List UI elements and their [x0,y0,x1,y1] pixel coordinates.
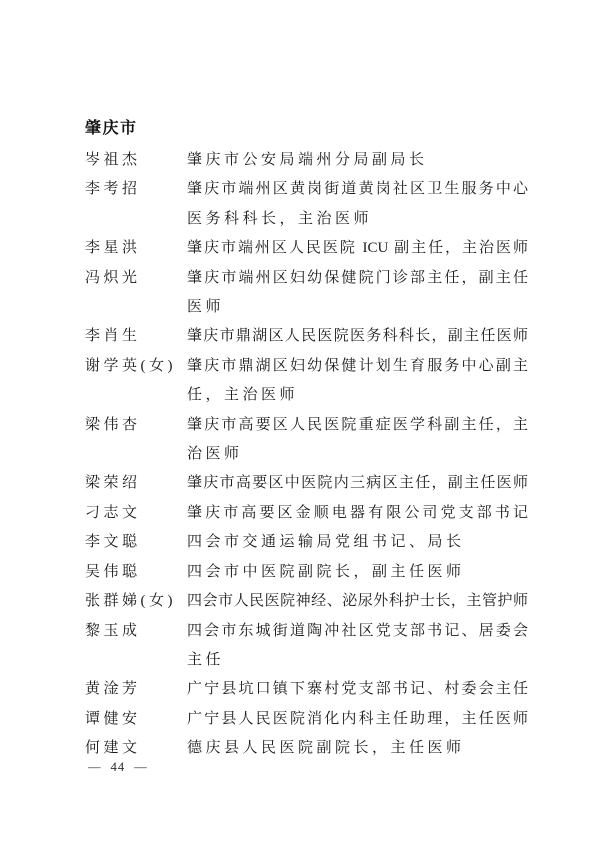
person-title: 肇庆市鼎湖区妇幼保健计划生育服务中心副主任，主治医师 [187,352,528,411]
list-item: 冯炽光 肇庆市端州区妇幼保健院门诊部主任，副主任医师 [85,264,528,323]
title-line: 四会市交通运输局党组书记、局长 [187,528,528,557]
list-item: 李肖生 肇庆市鼎湖区人民医院医务科科长，副主任医师 [85,322,528,351]
list-item: 谭健安 广宁县人民医院消化内科主任助理，主任医师 [85,705,528,734]
person-title: 四会市人民医院神经、泌尿外科护士长，主管护师 [187,587,528,616]
person-title: 四会市东城街道陶冲社区党支部书记、居委会主任 [187,617,528,676]
list-item: 何建文 德庆县人民医院副院长，主任医师 [85,734,528,763]
person-title: 四会市交通运输局党组书记、局长 [187,528,528,557]
person-title: 广宁县坑口镇下寨村党支部书记、村委会主任 [187,675,528,704]
title-line: 肇庆市高要区中医院内三病区主任，副主任医师 [187,469,528,498]
person-title: 肇庆市端州区妇幼保健院门诊部主任，副主任医师 [187,264,528,323]
list-item: 李考招 肇庆市端州区黄岗街道黄岗社区卫生服务中心医务科科长，主治医师 [85,175,528,234]
title-line: 肇庆市鼎湖区妇幼保健计划生育服务中心副主 [187,352,528,381]
person-name: 冯炽光 [85,264,187,293]
list-item: 岑祖杰 肇庆市公安局端州分局副局长 [85,146,528,175]
title-line: 四会市中医院副院长，副主任医师 [187,558,528,587]
title-line: 肇庆市鼎湖区人民医院医务科科长，副主任医师 [187,322,528,351]
person-title: 肇庆市高要区人民医院重症医学科副主任，主治医师 [187,411,528,470]
person-title: 肇庆市端州区黄岗街道黄岗社区卫生服务中心医务科科长，主治医师 [187,175,528,234]
title-line: 肇庆市端州区黄岗街道黄岗社区卫生服务中心 [187,175,528,204]
title-line: 四会市人民医院神经、泌尿外科护士长，主管护师 [187,587,528,616]
person-title: 四会市中医院副院长，副主任医师 [187,558,528,587]
title-line: 医师 [187,293,528,322]
person-name: 刁志文 [85,499,187,528]
entry-list: 岑祖杰 肇庆市公安局端州分局副局长 李考招 肇庆市端州区黄岗街道黄岗社区卫生服务… [85,146,528,764]
title-line: 任，主治医师 [187,381,528,410]
person-title: 肇庆市高要区中医院内三病区主任，副主任医师 [187,469,528,498]
person-name: 李肖生 [85,322,187,351]
title-line: 医务科科长，主治医师 [187,205,528,234]
list-item: 李星洪 肇庆市端州区人民医院 ICU 副主任，主治医师 [85,234,528,263]
person-name: 岑祖杰 [85,146,187,175]
title-line: 广宁县人民医院消化内科主任助理，主任医师 [187,705,528,734]
person-title: 肇庆市公安局端州分局副局长 [187,146,528,175]
list-item: 张群娣(女) 四会市人民医院神经、泌尿外科护士长，主管护师 [85,587,528,616]
person-name: 吴伟聪 [85,558,187,587]
title-line: 肇庆市公安局端州分局副局长 [187,146,528,175]
section-title: 肇庆市 [85,115,138,138]
title-line: 广宁县坑口镇下寨村党支部书记、村委会主任 [187,675,528,704]
person-title: 肇庆市端州区人民医院 ICU 副主任，主治医师 [187,234,528,263]
list-item: 吴伟聪 四会市中医院副院长，副主任医师 [85,558,528,587]
title-line: 德庆县人民医院副院长，主任医师 [187,734,528,763]
person-title: 德庆县人民医院副院长，主任医师 [187,734,528,763]
title-line: 肇庆市高要区金顺电器有限公司党支部书记 [187,499,528,528]
person-name: 黎玉成 [85,617,187,646]
page-number: — 44 — [88,760,148,775]
list-item: 谢学英(女) 肇庆市鼎湖区妇幼保健计划生育服务中心副主任，主治医师 [85,352,528,411]
title-line: 肇庆市端州区人民医院 ICU 副主任，主治医师 [187,234,528,263]
list-item: 黎玉成 四会市东城街道陶冲社区党支部书记、居委会主任 [85,617,528,676]
person-name: 谭健安 [85,705,187,734]
person-title: 肇庆市高要区金顺电器有限公司党支部书记 [187,499,528,528]
person-name: 张群娣(女) [85,587,187,616]
person-name: 黄淦芳 [85,675,187,704]
person-title: 广宁县人民医院消化内科主任助理，主任医师 [187,705,528,734]
list-item: 刁志文 肇庆市高要区金顺电器有限公司党支部书记 [85,499,528,528]
title-line: 肇庆市高要区人民医院重症医学科副主任，主 [187,411,528,440]
title-line: 主任 [187,646,528,675]
list-item: 李文聪 四会市交通运输局党组书记、局长 [85,528,528,557]
title-line: 四会市东城街道陶冲社区党支部书记、居委会 [187,617,528,646]
person-name: 谢学英(女) [85,352,187,381]
document-page: 肇庆市 岑祖杰 肇庆市公安局端州分局副局长 李考招 肇庆市端州区黄岗街道黄岗社区… [0,0,612,859]
title-line: 治医师 [187,440,528,469]
person-name: 梁荣绍 [85,469,187,498]
person-name: 李考招 [85,175,187,204]
person-name: 李文聪 [85,528,187,557]
title-line: 肇庆市端州区妇幼保健院门诊部主任，副主任 [187,264,528,293]
person-name: 李星洪 [85,234,187,263]
list-item: 梁荣绍 肇庆市高要区中医院内三病区主任，副主任医师 [85,469,528,498]
list-item: 黄淦芳 广宁县坑口镇下寨村党支部书记、村委会主任 [85,675,528,704]
person-title: 肇庆市鼎湖区人民医院医务科科长，副主任医师 [187,322,528,351]
person-name: 梁伟杏 [85,411,187,440]
list-item: 梁伟杏 肇庆市高要区人民医院重症医学科副主任，主治医师 [85,411,528,470]
